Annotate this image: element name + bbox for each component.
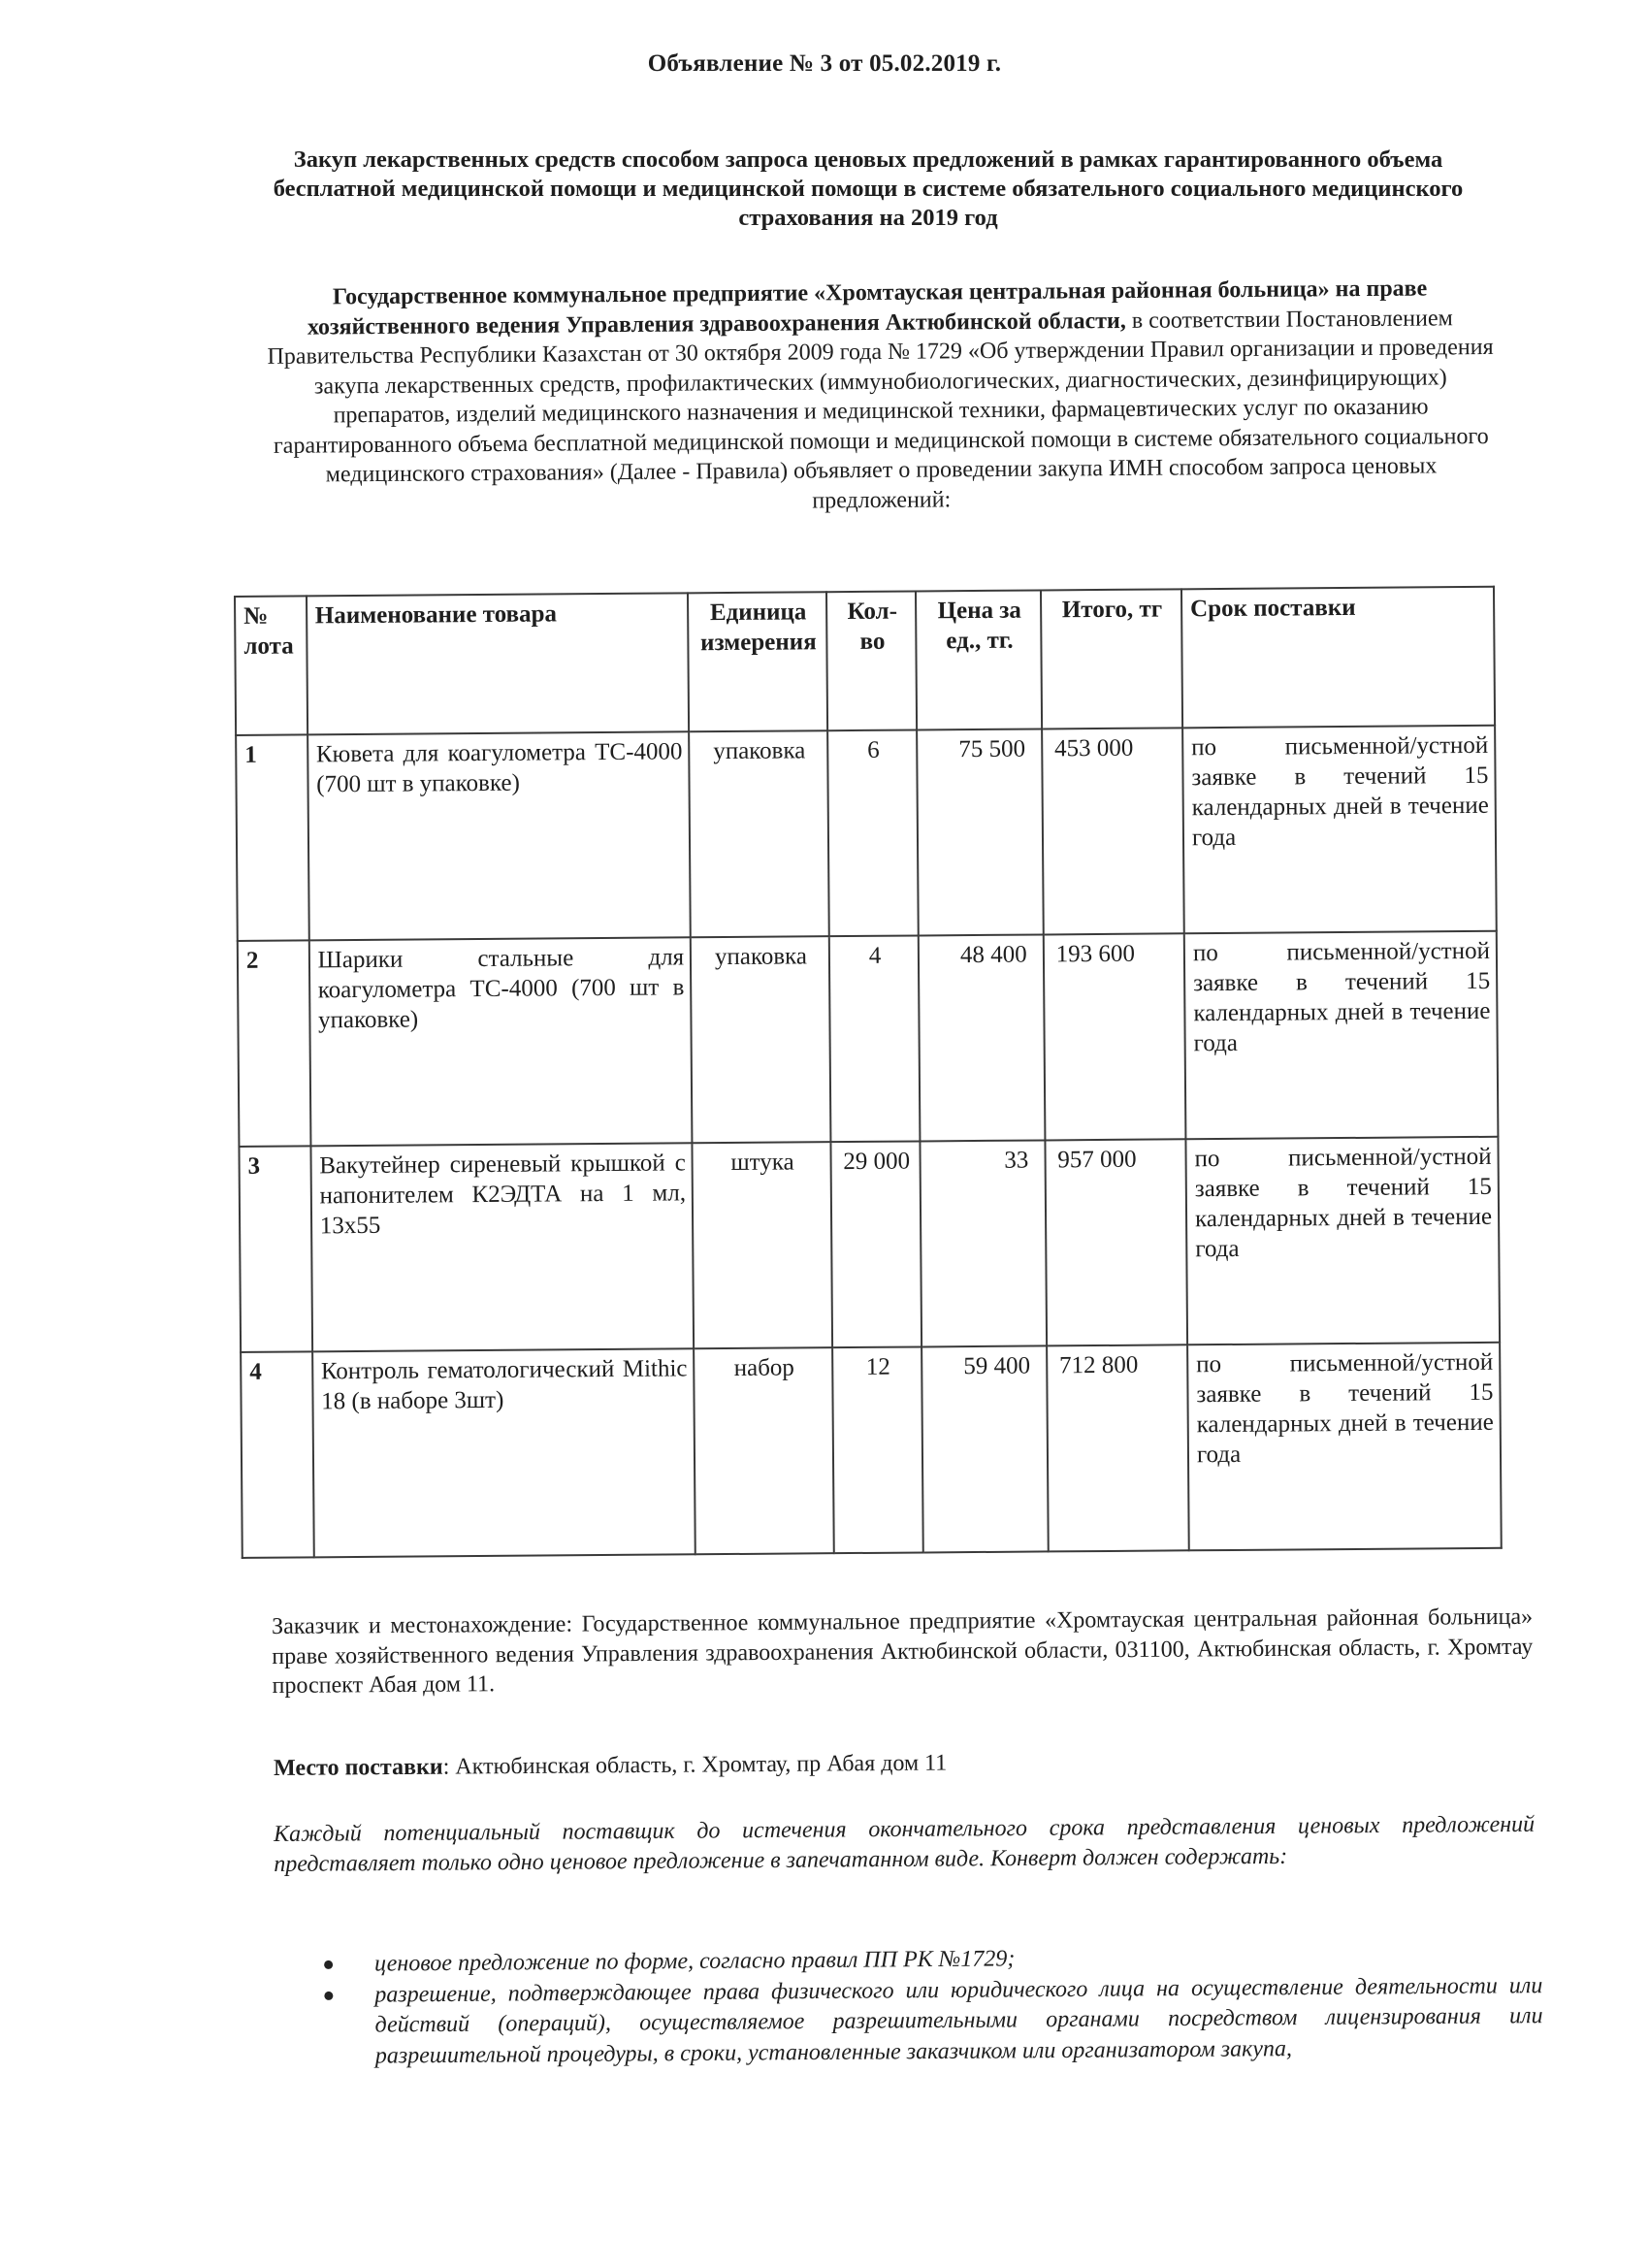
table-row: 1 Кювета для коагулометра ТС-4000 (700 ш…: [236, 726, 1497, 941]
item-quantity: 4: [829, 935, 921, 1142]
item-delivery-term: по письменной/устной заявке в течений 15…: [1185, 1137, 1500, 1345]
requirements-list: ценовое предложение по форме, согласно п…: [320, 1940, 1543, 2072]
item-unit-price: 59 400: [922, 1345, 1049, 1552]
table-row: 2 Шарики стальные для коагулометра ТС-40…: [238, 931, 1499, 1147]
item-total: 957 000: [1045, 1139, 1187, 1345]
item-delivery-term: по письменной/устной заявке в течений 15…: [1184, 931, 1499, 1140]
lot-number: 3: [239, 1146, 311, 1352]
item-quantity: 12: [832, 1346, 923, 1553]
table-row: 3 Вакутейнер сиреневый крышкой с напонит…: [239, 1137, 1500, 1352]
item-unit: набор: [694, 1347, 833, 1554]
header-total: Итого, тг: [1041, 589, 1182, 729]
requirement-text: ценовое предложение по форме, согласно п…: [374, 1946, 1015, 1976]
table-row: 4 Контроль гематологический Mithic 18 (в…: [241, 1343, 1502, 1558]
item-name: Контроль гематологический Mithic 18 (в н…: [312, 1348, 695, 1557]
item-delivery-term: по письменной/устной заявке в течений 15…: [1182, 726, 1497, 934]
header-delivery-term: Срок поставки: [1181, 587, 1495, 729]
bullet-icon: [324, 1991, 333, 1999]
item-unit: упаковка: [689, 730, 828, 937]
list-item: разрешение, подтверждающее права физичес…: [320, 1971, 1543, 2072]
lots-table: № лота Наименование товара Единица измер…: [234, 586, 1503, 1559]
lot-number: 1: [236, 734, 308, 941]
item-quantity: 29 000: [830, 1141, 921, 1347]
item-unit-price: 75 500: [918, 729, 1044, 935]
item-unit-price: 33: [921, 1140, 1047, 1346]
item-name: Вакутейнер сиреневый крышкой с напонител…: [310, 1143, 694, 1351]
requirement-text: разрешение, подтверждающее права физичес…: [374, 1973, 1542, 2068]
intro-paragraph: Государственное коммунальное предприятие…: [254, 274, 1507, 520]
bullet-icon: [324, 1960, 333, 1969]
header-unit: Единица измерения: [688, 592, 827, 731]
customer-location: Заказчик и местонахождение: Государствен…: [272, 1603, 1534, 1701]
table-header-row: № лота Наименование товара Единица измер…: [235, 587, 1495, 735]
delivery-place: Место поставки: Актюбинская область, г. …: [274, 1744, 1535, 1783]
item-unit-price: 48 400: [919, 934, 1045, 1141]
item-unit: упаковка: [691, 936, 830, 1143]
item-name: Кювета для коагулометра ТС-4000 (700 шт …: [307, 731, 691, 940]
delivery-place-label: Место поставки: [274, 1755, 443, 1781]
requirements-intro: Каждый потенциальный поставщик до истече…: [274, 1810, 1535, 1880]
item-total: 193 600: [1044, 933, 1186, 1140]
lot-number: 2: [238, 940, 310, 1147]
header-unit-price: Цена за ед., тг.: [916, 590, 1041, 729]
item-quantity: 6: [827, 729, 919, 936]
delivery-place-value: : Актюбинская область, г. Хромтау, пр Аб…: [443, 1751, 948, 1780]
lot-number: 4: [241, 1351, 313, 1558]
item-total: 453 000: [1042, 728, 1184, 934]
document-page: Объявление № 3 от 05.02.2019 г. Закуп ле…: [0, 0, 1649, 2268]
announcement-title: Объявление № 3 от 05.02.2019 г.: [0, 50, 1649, 78]
procurement-subject: Закуп лекарственных средств способом зап…: [242, 146, 1494, 233]
item-total: 712 800: [1047, 1345, 1189, 1551]
item-unit: штука: [693, 1142, 832, 1348]
header-lot-number: № лота: [235, 596, 307, 735]
item-name: Шарики стальные для коагулометра ТС-4000…: [308, 937, 692, 1146]
item-delivery-term: по письменной/устной заявке в течений 15…: [1187, 1343, 1502, 1551]
header-quantity: Кол-во: [826, 591, 918, 730]
header-item-name: Наименование товара: [307, 593, 690, 734]
